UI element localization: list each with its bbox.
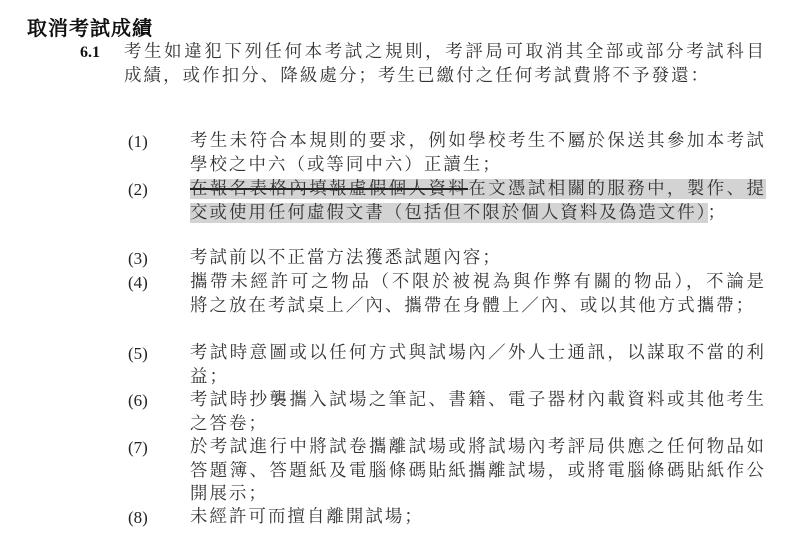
item-text: 在報名表格內填報虛假個人資料在文憑試相關的服務中，製作、提交或使用任何虛假文書（… (190, 178, 766, 225)
item-number: (4) (128, 271, 148, 295)
item-number: (8) (128, 506, 148, 530)
item-trailing-punct: ； (708, 203, 728, 223)
item-number: (3) (128, 247, 148, 271)
item-text: 於考試進行中將試卷攜離試場或將試場內考評局供應之任何物品如答題簿、答題紙及電腦條… (190, 436, 766, 507)
item-number: (5) (128, 342, 148, 366)
section-heading: 取消考試成績 (27, 12, 153, 41)
struck-text: 在報名表格內填報虛假個人資料 (190, 179, 468, 199)
section-number: 6.1 (80, 44, 100, 62)
item-text: 攜帶未經許可之物品（不限於被視為與作弊有關的物品），不論是將之放在考試桌上／內、… (190, 271, 766, 318)
item-text: 考試時抄襲攜入試場之筆記、書籍、電子器材內載資料或其他考生之答卷； (190, 389, 766, 436)
item-text: 考試前以不正當方法獲悉試題內容； (190, 247, 766, 271)
item-number: (6) (128, 389, 148, 413)
item-text: 未經許可而擅自離開試場； (190, 506, 766, 530)
item-number: (2) (128, 178, 148, 202)
item-number: (1) (128, 130, 148, 154)
section-paragraph: 考生如違犯下列任何本考試之規則，考評局可取消其全部或部分考試科目成績，或作扣分、… (124, 40, 766, 88)
item-text: 考試時意圖或以任何方式與試場內／外人士通訊，以謀取不當的利益； (190, 342, 766, 389)
item-number: (7) (128, 436, 148, 460)
item-text: 考生未符合本規則的要求，例如學校考生不屬於保送其參加本考試學校之中六（或等同中六… (190, 130, 766, 177)
